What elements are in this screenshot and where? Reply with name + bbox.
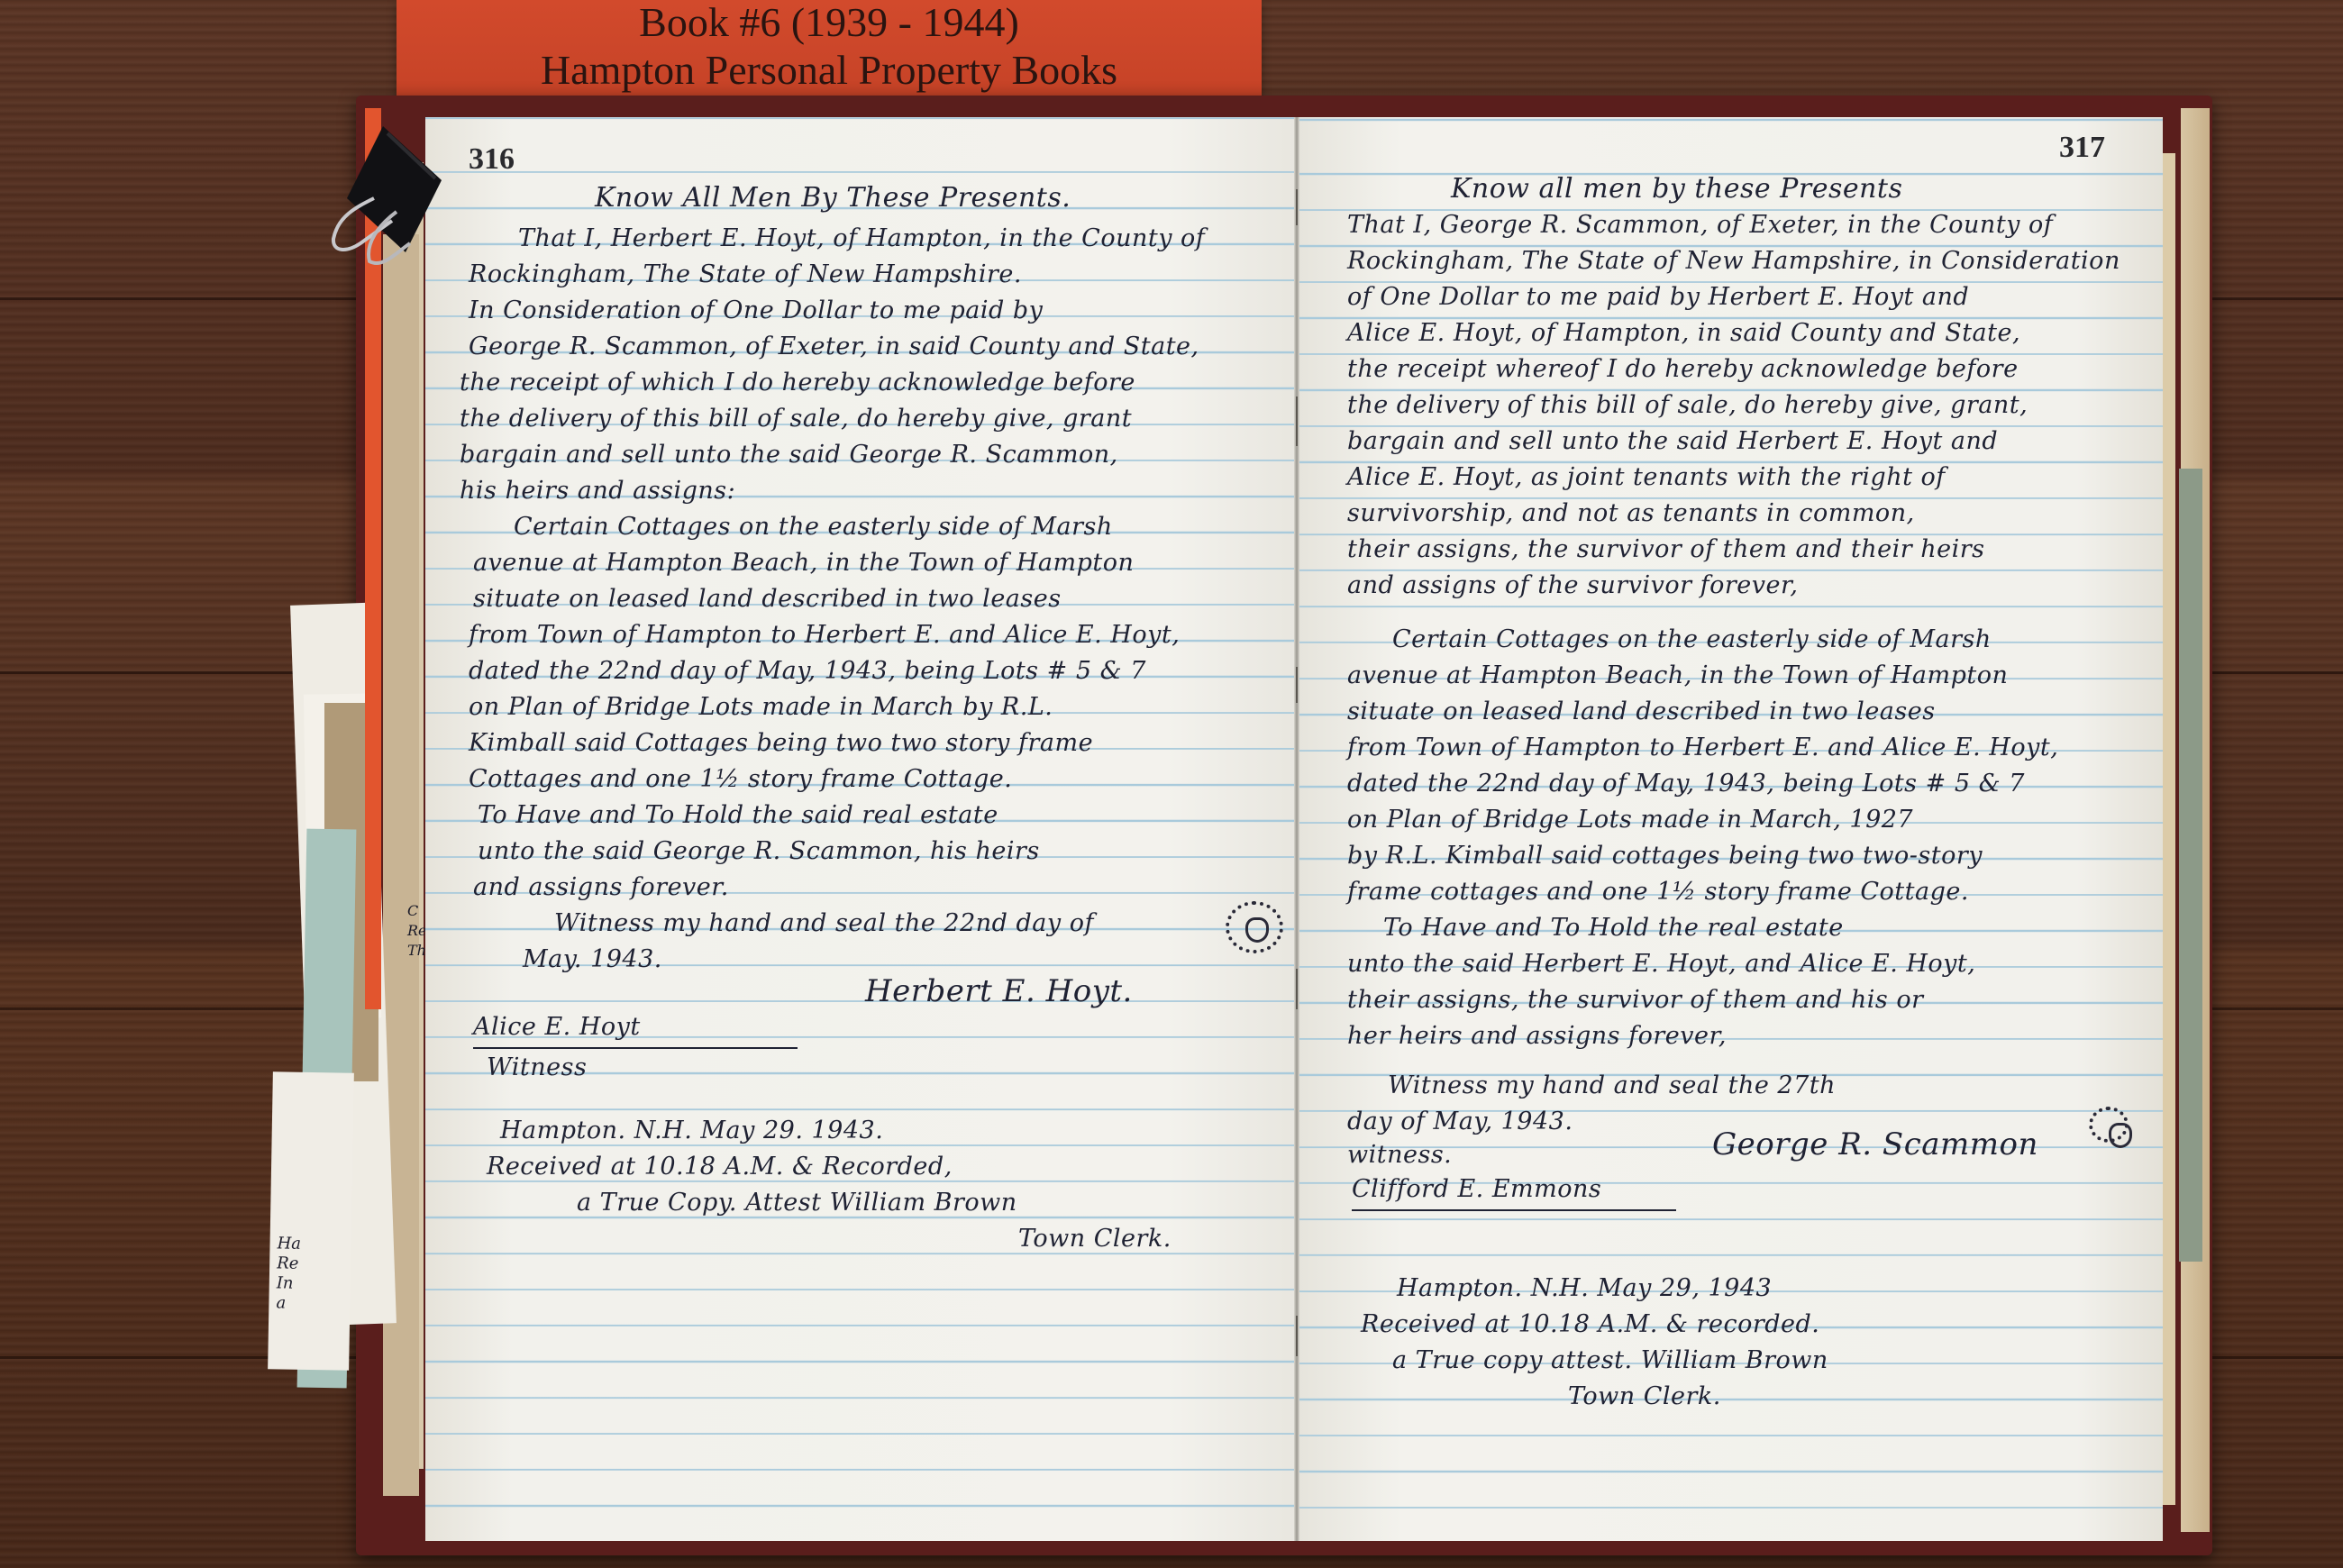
deed-line: survivorship, and not as tenants in comm… bbox=[1347, 496, 1915, 532]
record-line: Hampton. N.H. May 29. 1943. bbox=[500, 1113, 883, 1149]
deed-line: bargain and sell unto the said Herbert E… bbox=[1347, 424, 1998, 460]
record-line: a True Copy. Attest William Brown bbox=[577, 1185, 1017, 1221]
witness-label: Witness bbox=[487, 1050, 587, 1086]
binding-stitch bbox=[1296, 969, 1298, 1009]
record-line: a True copy attest. William Brown bbox=[1392, 1343, 1828, 1379]
deed-line: on Plan of Bridge Lots made in March, 19… bbox=[1347, 802, 1913, 838]
deed-line: situate on leased land described in two … bbox=[1347, 694, 1936, 730]
deed-line: and assigns of the survivor forever, bbox=[1347, 568, 1798, 604]
deed-line: dated the 22nd day of May, 1943, being L… bbox=[1347, 766, 2025, 802]
deed-line: the delivery of this bill of sale, do he… bbox=[460, 401, 1132, 437]
deed-heading-left: Know All Men By These Presents. bbox=[595, 180, 1071, 216]
deed-line: their assigns, the survivor of them and … bbox=[1347, 532, 1985, 568]
deed-heading-right: Know all men by these Presents bbox=[1451, 171, 1902, 207]
record-line: Received at 10.18 A.M. & recorded. bbox=[1361, 1307, 1819, 1343]
book-label-title: Book #6 (1939 - 1944) bbox=[397, 0, 1262, 45]
witness-signature: Alice E. Hoyt bbox=[473, 1009, 798, 1049]
deed-line: the delivery of this bill of sale, do he… bbox=[1347, 387, 2028, 424]
binding-stitch bbox=[1296, 189, 1298, 225]
deed-line: Witness my hand and seal the 22nd day of bbox=[554, 906, 1094, 942]
deed-line: unto the said George R. Scammon, his hei… bbox=[478, 834, 1040, 870]
signature-george-scammon: George R. Scammon bbox=[1712, 1126, 2038, 1162]
deed-line: from Town of Hampton to Herbert E. and A… bbox=[1347, 730, 2058, 766]
deed-line: May. 1943. bbox=[523, 942, 662, 978]
deed-line: Certain Cottages on the easterly side of… bbox=[1392, 622, 1992, 658]
cloth-spine-strip bbox=[2179, 469, 2202, 1262]
deed-line: In Consideration of One Dollar to me pai… bbox=[469, 293, 1043, 329]
deed-line: Kimball said Cottages being two two stor… bbox=[469, 725, 1093, 761]
deed-line: situate on leased land described in two … bbox=[473, 581, 1062, 617]
deed-line: dated the 22nd day of May, 1943, being L… bbox=[469, 653, 1146, 689]
deed-line: That I, Herbert E. Hoyt, of Hampton, in … bbox=[518, 221, 1205, 257]
witness-line: witness. bbox=[1347, 1137, 1452, 1173]
deed-line: To Have and To Hold the real estate bbox=[1383, 910, 1844, 946]
inserted-note-text: Ha Re In a bbox=[276, 1234, 301, 1313]
witness-line: Witness my hand and seal the 27th bbox=[1388, 1068, 1836, 1104]
witness-signature: Clifford E. Emmons bbox=[1352, 1171, 1676, 1211]
deed-line: Cottages and one 1½ story frame Cottage. bbox=[469, 761, 1012, 798]
inserted-note-text: C Re Th bbox=[407, 901, 427, 961]
deed-line: unto the said Herbert E. Hoyt, and Alice… bbox=[1347, 946, 1975, 982]
witness-line: day of May, 1943. bbox=[1347, 1104, 1573, 1140]
signature-herbert-hoyt: Herbert E. Hoyt. bbox=[865, 973, 1133, 1009]
deed-line: Certain Cottages on the easterly side of… bbox=[514, 509, 1113, 545]
deed-line: their assigns, the survivor of them and … bbox=[1347, 982, 1924, 1018]
deed-line: That I, George R. Scammon, of Exeter, in… bbox=[1347, 207, 2053, 243]
deed-line: Rockingham, The State of New Hampshire. bbox=[469, 257, 1022, 293]
inserted-note: Ha Re In a bbox=[268, 1071, 354, 1371]
deed-line: the receipt of which I do hereby acknowl… bbox=[460, 365, 1135, 401]
seal-mark bbox=[1226, 901, 1283, 953]
town-clerk-label: Town Clerk. bbox=[1568, 1379, 1721, 1415]
deed-line: the receipt whereof I do hereby acknowle… bbox=[1347, 351, 2019, 387]
deed-line: George R. Scammon, of Exeter, in said Co… bbox=[469, 329, 1199, 365]
deed-line: Alice E. Hoyt, of Hampton, in said Count… bbox=[1347, 315, 2020, 351]
deed-line: her heirs and assigns forever, bbox=[1347, 1018, 1727, 1054]
deed-line: his heirs and assigns: bbox=[460, 473, 735, 509]
page-number-left: 316 bbox=[469, 142, 515, 177]
deed-line: and assigns forever. bbox=[473, 870, 729, 906]
deed-line: on Plan of Bridge Lots made in March by … bbox=[469, 689, 1053, 725]
binder-clip-icon bbox=[320, 117, 446, 270]
deed-line: by R.L. Kimball said cottages being two … bbox=[1347, 838, 1983, 874]
page-number-right: 317 bbox=[2059, 131, 2105, 165]
deed-line: avenue at Hampton Beach, in the Town of … bbox=[1347, 658, 2008, 694]
binding-stitch bbox=[1296, 397, 1298, 446]
record-line: Hampton. N.H. May 29, 1943 bbox=[1397, 1271, 1772, 1307]
deed-line: Alice E. Hoyt, as joint tenants with the… bbox=[1347, 460, 1946, 496]
binding-stitch bbox=[1296, 667, 1298, 703]
binding-stitch bbox=[1296, 1316, 1298, 1356]
book-label-subtitle: Hampton Personal Property Books bbox=[397, 45, 1262, 96]
deed-line: Rockingham, The State of New Hampshire, … bbox=[1347, 243, 2120, 279]
record-line: Received at 10.18 A.M. & Recorded, bbox=[487, 1149, 953, 1185]
deed-line: frame cottages and one 1½ story frame Co… bbox=[1347, 874, 1969, 910]
deed-line: avenue at Hampton Beach, in the Town of … bbox=[473, 545, 1134, 581]
seal-mark bbox=[2089, 1107, 2129, 1143]
deed-line: from Town of Hampton to Herbert E. and A… bbox=[469, 617, 1180, 653]
deed-line: bargain and sell unto the said George R.… bbox=[460, 437, 1118, 473]
deed-line: To Have and To Hold the said real estate bbox=[478, 798, 998, 834]
town-clerk-label: Town Clerk. bbox=[1018, 1221, 1171, 1257]
deed-line: of One Dollar to me paid by Herbert E. H… bbox=[1347, 279, 1969, 315]
